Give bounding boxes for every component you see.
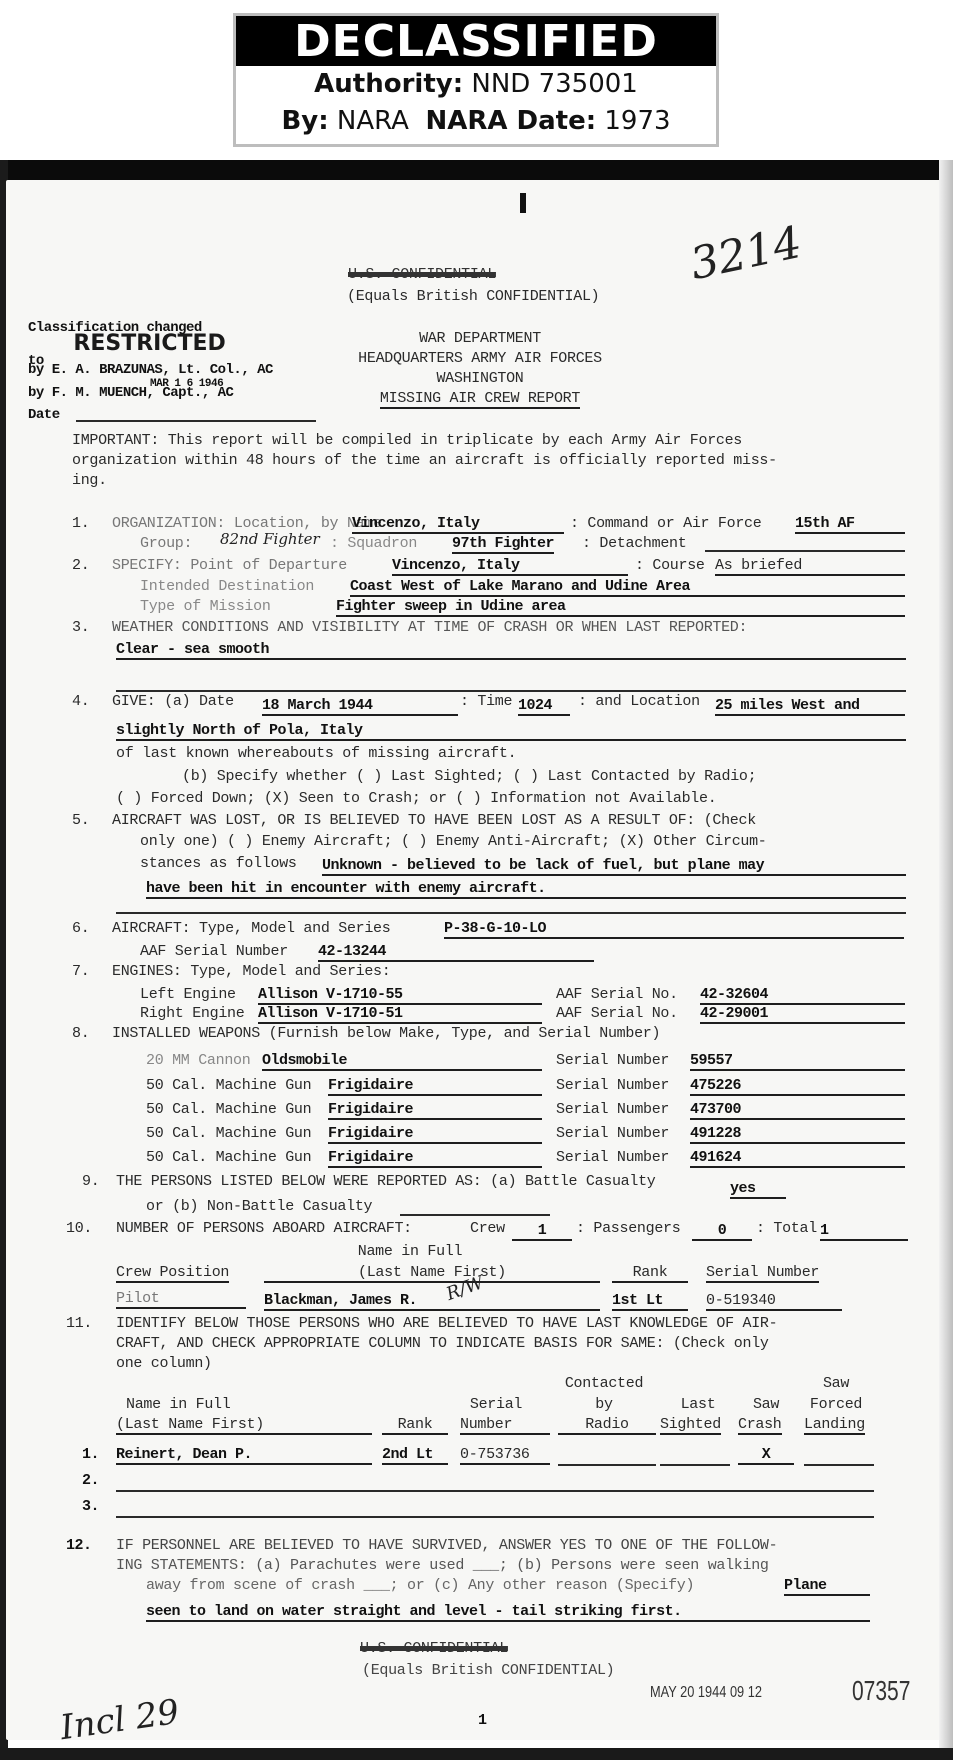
s11-row1-forced [804,1464,874,1466]
weapon-type: 50 Cal. Machine Gun [146,1149,311,1166]
s11-row1-sighted [660,1464,730,1466]
s10-num: 10. [66,1220,92,1237]
s11-row1-name: Reinert, Dean P. [116,1446,372,1465]
s1-detachment-rule [705,550,905,552]
s4-time-label: : Time [460,693,512,710]
s4-time: 1024 [518,697,570,716]
s1-detachment-label: : Detachment [582,535,686,552]
s10-crew-label: Crew [470,1220,505,1237]
s3-label: WEATHER CONDITIONS AND VISIBILITY AT TIM… [112,619,747,636]
s11-h-name2: (Last Name First) [116,1416,372,1435]
s5-line3-value: Unknown - believed to be lack of fuel, b… [322,857,906,876]
s7-left-label: Left Engine [140,986,236,1003]
weapon-serial-label: Serial Number [556,1101,669,1118]
classification-by1: by E. A. BRAZUNAS, Lt. Col., AC [28,362,273,378]
s12-line1: IF PERSONNEL ARE BELIEVED TO HAVE SURVIV… [116,1537,777,1554]
report-title: MISSING AIR CREW REPORT [330,390,630,409]
s5-line3-label: stances as follows [140,855,297,872]
s5-line1: AIRCRAFT WAS LOST, OR IS BELIEVED TO HAV… [112,812,756,829]
scan-border-right [939,160,953,1760]
important-line3: ing. [72,472,107,489]
weapon-serial: 491624 [690,1149,905,1168]
s1-num: 1. [72,515,89,532]
s4-location-label: : and Location [578,693,700,710]
dept-line3: WASHINGTON [330,370,630,387]
weapon-serial-label: Serial Number [556,1052,669,1069]
s1-group-handwritten: 82nd Fighter [220,530,320,548]
s12-line2: ING STATEMENTS: (a) Parachutes were used… [116,1557,769,1574]
weapon-serial: 491228 [690,1125,905,1144]
s5-rule [116,912,906,914]
s2-intended: Coast West of Lake Marano and Udine Area [350,578,905,597]
s4-tail: of last known whereabouts of missing air… [116,745,516,762]
s6-type: P-38-G-10-LO [444,920,904,939]
equals-british: (Equals British CONFIDENTIAL) [347,288,599,305]
dept-line1: WAR DEPARTMENT [330,330,630,347]
s4-location-line1: 25 miles West and [715,697,905,716]
s6-num: 6. [72,920,89,937]
s1-location: Vincenzo, Italy [352,515,564,534]
s11-row3-rule [116,1516,874,1518]
s7-right-serial-label: AAF Serial No. [556,1005,678,1022]
s1-squadron: 97th Fighter [452,535,554,554]
s11-h-forced1: Saw [800,1375,872,1392]
stamp-title: DECLASSIFIED [236,16,716,66]
s10-crew: 1 [512,1222,572,1241]
s7-right-serial: 42-29001 [700,1005,905,1024]
s11-line1: IDENTIFY BELOW THOSE PERSONS WHO ARE BEL… [116,1315,777,1332]
s7-right-label: Right Engine [140,1005,244,1022]
s11-h-serial1: Serial [456,1396,536,1413]
s11-h-radio3: Radio [558,1416,656,1435]
s10-col-rank: Rank [612,1264,688,1283]
s7-left-serial: 42-32604 [700,986,905,1005]
s9-num: 9. [82,1173,99,1190]
s9-battle: yes [730,1180,786,1199]
s4-label: GIVE: (a) Date [112,693,234,710]
crew-name: Blackman, James R. [264,1292,600,1311]
crew-position: Pilot [116,1290,246,1309]
footer-equals-british: (Equals British CONFIDENTIAL) [362,1662,614,1679]
stamp-by: By: NARA NARA Date: 1973 [236,103,716,140]
s4-b-line2: ( ) Forced Down; (X) Seen to Crash; or (… [116,790,716,807]
s11-h-radio1: Contacted [548,1375,660,1392]
s6-serial: 42-13244 [318,943,594,962]
s11-h-sighted2: Sighted [660,1416,721,1435]
footer-classification-struck: U.S. CONFIDENTIAL [360,1640,508,1657]
page-number: 1 [478,1712,487,1729]
dept-line2: HEADQUARTERS ARMY AIR FORCES [330,350,630,367]
classification-date-label: Date [28,407,60,423]
s4-num: 4. [72,693,89,710]
s11-row2-num: 2. [82,1472,99,1489]
important-line2: organization within 48 hours of the time… [72,452,777,469]
s8-label: INSTALLED WEAPONS (Furnish below Make, T… [112,1025,660,1042]
weapon-make: Frigidaire [328,1077,542,1096]
s5-line2: only one) ( ) Enemy Aircraft; ( ) Enemy … [140,833,767,850]
crew-rank: 1st Lt [612,1292,688,1311]
s10-total-label: : Total [756,1220,817,1237]
s11-h-radio2: by [548,1396,660,1413]
s3-rule2 [116,690,906,692]
s12-line3-label: away from scene of crash ___; or (c) Any… [146,1577,694,1594]
doc-number: 07357 [852,1675,910,1707]
s3-value: Clear - sea smooth [116,641,906,660]
weapon-serial: 473700 [690,1101,905,1120]
scan-border-bottom [0,1748,953,1760]
s11-h-name1: Name in Full [126,1396,230,1413]
s2-intended-label: Intended Destination [140,578,314,595]
s10-col-name1: Name in Full [300,1243,520,1260]
weapon-make: Frigidaire [328,1149,542,1168]
weapon-serial-label: Serial Number [556,1149,669,1166]
s2-mission: Fighter sweep in Udine area [336,598,905,617]
s8-num: 8. [72,1025,89,1042]
s2-course-label: : Course [635,557,705,574]
s10-total: 1 [820,1222,908,1241]
s6-label: AIRCRAFT: Type, Model and Series [112,920,390,937]
s9-nonbattle-label: or (b) Non-Battle Casualty [146,1198,372,1215]
weapon-type: 50 Cal. Machine Gun [146,1077,311,1094]
weapon-serial: 59557 [690,1052,905,1071]
s1-squadron-label: : Squadron [330,535,417,552]
weapon-serial: 475226 [690,1077,905,1096]
s10-label: NUMBER OF PERSONS ABOARD AIRCRAFT: [116,1220,412,1237]
s11-row3-num: 3. [82,1498,99,1515]
s10-passengers-label: : Passengers [576,1220,680,1237]
weapon-type: 50 Cal. Machine Gun [146,1125,311,1142]
s11-num: 11. [66,1315,92,1332]
classification-date-stamp: MAR 1 6 1946 [150,378,223,390]
s11-row1-crash: X [738,1446,794,1465]
s10-col-name2: (Last Name First) [264,1264,600,1283]
weapon-make: Oldsmobile [262,1052,542,1071]
s4-location-line2: slightly North of Pola, Italy [116,722,906,741]
weapon-serial-label: Serial Number [556,1077,669,1094]
s5-line4-value: have been hit in encounter with enemy ai… [146,880,906,899]
s11-h-serial2: Number [460,1416,550,1435]
s9-nonbattle-rule [400,1214,550,1216]
s7-right-model: Allison V-1710-51 [258,1005,542,1024]
s10-passengers: 0 [692,1222,752,1241]
s11-h-rank: Rank [382,1416,448,1435]
s11-h-sighted1: Last [658,1396,738,1413]
s11-line3: one column) [116,1355,212,1372]
s10-col-position: Crew Position [116,1264,229,1283]
s11-row1-radio [558,1464,656,1466]
s12-num: 12. [66,1537,92,1554]
s11-row1-serial: 0-753736 [460,1446,550,1465]
s7-num: 7. [72,963,89,980]
s11-row1-num: 1. [82,1446,99,1463]
s9-label: THE PERSONS LISTED BELOW WERE REPORTED A… [116,1173,656,1190]
s11-h-crash1: Saw [736,1396,796,1413]
s4-b-line1: (b) Specify whether ( ) Last Sighted; ( … [182,768,756,785]
s12-line3-value: Plane [784,1577,870,1596]
weapon-make: Frigidaire [328,1125,542,1144]
staple-mark [520,193,526,213]
weapon-type: 20 MM Cannon [146,1052,250,1069]
s5-num: 5. [72,812,89,829]
s3-num: 3. [72,619,89,636]
received-stamp: MAY 20 1944 09 12 [650,1684,762,1702]
s2-num: 2. [72,557,89,574]
s2-mission-label: Type of Mission [140,598,271,615]
s11-row2-rule [116,1490,874,1492]
s7-label: ENGINES: Type, Model and Series: [112,963,390,980]
weapon-serial-label: Serial Number [556,1125,669,1142]
date-rule [76,420,316,422]
s11-line2: CRAFT, AND CHECK APPROPRIATE COLUMN TO I… [116,1335,769,1352]
s11-h-forced2: Forced [800,1396,872,1413]
classification-struck: U.S. CONFIDENTIAL [348,266,496,283]
s1-command: 15th AF [795,515,905,534]
s6-serial-label: AAF Serial Number [140,943,288,960]
s12-line4-value: seen to land on water straight and level… [146,1603,870,1622]
important-line1: IMPORTANT: This report will be compiled … [72,432,742,449]
s11-row1-rank: 2nd Lt [382,1446,448,1465]
s1-command-label: : Command or Air Force [570,515,761,532]
s10-col-serial: Serial Number [706,1264,819,1283]
s1-group-label: Group: [140,535,192,552]
declassified-stamp: DECLASSIFIED Authority: NND 735001 By: N… [233,13,719,147]
s7-left-serial-label: AAF Serial No. [556,986,678,1003]
crew-serial: 0-519340 [706,1292,842,1311]
weapon-type: 50 Cal. Machine Gun [146,1101,311,1118]
s2-departure: Vincenzo, Italy [392,557,628,576]
s2-course: As briefed [715,557,905,576]
s11-h-forced3: Landing [804,1416,865,1435]
weapon-make: Frigidaire [328,1101,542,1120]
s2-label: SPECIFY: Point of Departure [112,557,347,574]
s11-h-crash2: Crash [738,1416,782,1435]
stamp-authority: Authority: NND 735001 [236,66,716,103]
s4-date: 18 March 1944 [262,697,458,716]
s7-left-model: Allison V-1710-55 [258,986,542,1005]
